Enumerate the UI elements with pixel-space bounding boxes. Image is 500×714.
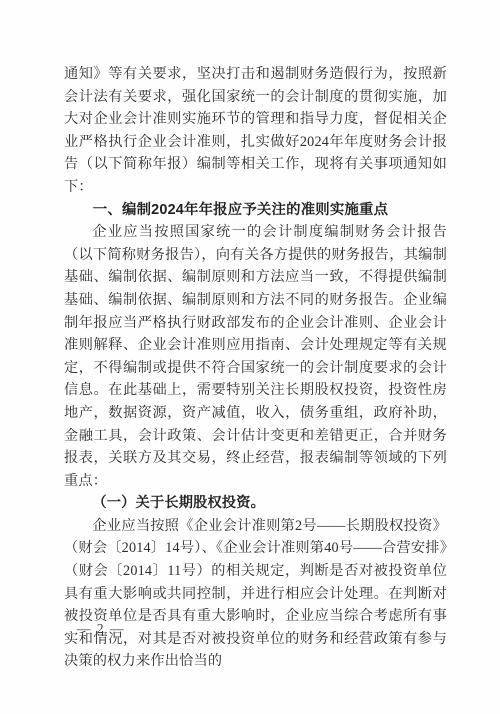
document-text-block: 通知》等有关要求，坚决打击和遏制财务造假行为，按照新会计法有关要求，强化国家统一…	[64, 63, 447, 673]
section-heading-1: 一、编制2024年年报应予关注的准则实施重点	[64, 199, 447, 222]
page-number: — 2 —	[77, 620, 125, 638]
document-page: 通知》等有关要求，坚决打击和遏制财务造假行为，按照新会计法有关要求，强化国家统一…	[0, 0, 500, 714]
paragraph-body: 企业应当按照《企业会计准则第2号——长期股权投资》（财会〔2014〕14号）、《…	[64, 515, 447, 673]
paragraph-continuation: 通知》等有关要求，坚决打击和遏制财务造假行为，按照新会计法有关要求，强化国家统一…	[64, 63, 447, 199]
subsection-heading-1: （一）关于长期股权投资。	[64, 492, 447, 515]
paragraph-body: 企业应当按照国家统一的会计制度编制财务会计报告（以下简称财务报告），向有关各方提…	[64, 221, 447, 492]
